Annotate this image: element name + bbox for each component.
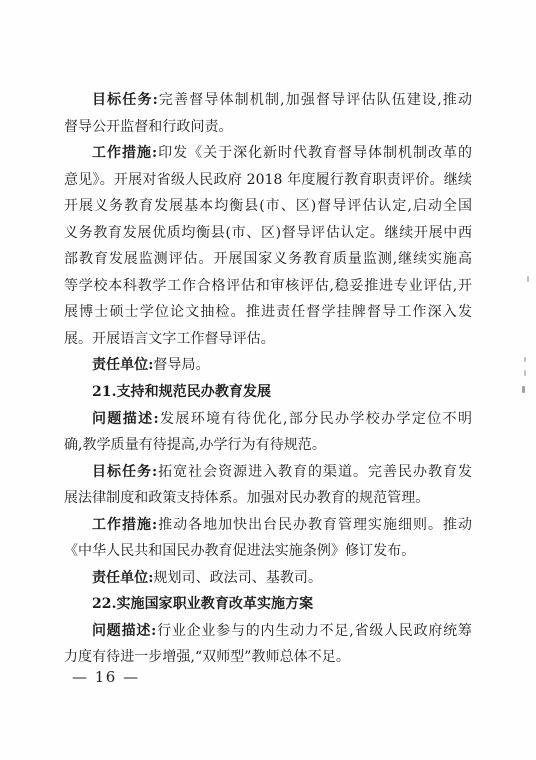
text-line: 部教育发展监测评估。开展国家义务教育质量监测,继续实施高 (64, 246, 472, 273)
label-segment: 目标任务: (92, 464, 157, 480)
page-number: — 16 — (72, 668, 140, 686)
text-line: 21.支持和规范民办教育发展 (64, 379, 472, 406)
text-line: 工作措施:印发《关于深化新时代教育督导体制机制改革的 (64, 140, 472, 167)
document-text-block: 目标任务:完善督导体制机制,加强督导评估队伍建设,推动督导公开监督和行政问责。工… (64, 87, 472, 671)
text-segment: 完善督导体制机制,加强督导评估队伍建设,推动 (158, 92, 472, 108)
text-segment: 拓宽社会资源进入教育的渠道。完善民办教育发 (157, 464, 472, 480)
label-segment: 工作措施: (92, 145, 157, 161)
text-segment: 等学校本科教学工作合格评估和审核评估,稳妥推进专业评估,开 (64, 278, 472, 294)
text-segment: 督导局。 (153, 357, 209, 373)
text-line: 等学校本科教学工作合格评估和审核评估,稳妥推进专业评估,开 (64, 273, 472, 300)
text-line: 意见》。开展对省级人民政府 2018 年度履行教育职责评价。继续 (64, 167, 472, 194)
label-segment: 工作措施: (92, 517, 157, 533)
scan-speck (527, 276, 529, 282)
scan-speck (524, 370, 526, 376)
text-segment: 印发《关于深化新时代教育督导体制机制改革的 (157, 145, 472, 161)
scan-speck (524, 357, 526, 362)
text-segment: 展法律制度和政策支持体系。加强对民办教育的规范管理。 (64, 490, 429, 506)
text-segment: 意见》。开展对省级人民政府 2018 年度履行教育职责评价。继续 (64, 172, 472, 188)
text-line: 工作措施:推动各地加快出台民办教育管理实施细则。推动 (64, 512, 472, 539)
text-line: 展法律制度和政策支持体系。加强对民办教育的规范管理。 (64, 485, 472, 512)
text-segment: 行业企业参与的内生动力不足,省级人民政府统筹 (156, 623, 472, 639)
text-segment: 力度有待进一步增强,“双师型”教师总体不足。 (64, 649, 350, 665)
label-segment: 22.实施国家职业教育改革实施方案 (92, 596, 313, 612)
text-segment: 推动各地加快出台民办教育管理实施细则。推动 (157, 517, 472, 533)
text-line: 目标任务:完善督导体制机制,加强督导评估队伍建设,推动 (64, 87, 472, 114)
label-segment: 21.支持和规范民办教育发展 (92, 384, 271, 400)
text-line: 责任单位:规划司、政法司、基教司。 (64, 565, 472, 592)
label-segment: 目标任务: (92, 92, 158, 108)
text-line: 确,教学质量有待提高,办学行为有待规范。 (64, 432, 472, 459)
text-line: 督导公开监督和行政问责。 (64, 114, 472, 141)
text-segment: 展。开展语言文字工作督导评估。 (64, 331, 275, 347)
text-segment: 《中华人民共和国民办教育促进法实施条例》修订发布。 (64, 543, 415, 559)
text-segment: 确,教学质量有待提高,办学行为有待规范。 (64, 437, 326, 453)
text-line: 问题描述:发展环境有待优化,部分民办学校办学定位不明 (64, 406, 472, 433)
text-line: 责任单位:督导局。 (64, 352, 472, 379)
text-segment: 部教育发展监测评估。开展国家义务教育质量监测,继续实施高 (64, 251, 472, 267)
text-segment: 发展环境有待优化,部分民办学校办学定位不明 (159, 411, 472, 427)
text-line: 展博士硕士学位论文抽检。推进责任督学挂牌督导工作深入发 (64, 299, 472, 326)
label-segment: 问题描述: (92, 623, 156, 639)
text-line: 展。开展语言文字工作督导评估。 (64, 326, 472, 353)
text-line: 目标任务:拓宽社会资源进入教育的渠道。完善民办教育发 (64, 459, 472, 486)
text-segment: 开展义务教育发展基本均衡县(市、区)督导评估认定,启动全国 (64, 198, 472, 214)
text-segment: 展博士硕士学位论文抽检。推进责任督学挂牌督导工作深入发 (64, 304, 472, 320)
text-segment: 规划司、政法司、基教司。 (153, 570, 322, 586)
label-segment: 问题描述: (92, 411, 159, 427)
text-line: 问题描述:行业企业参与的内生动力不足,省级人民政府统筹 (64, 618, 472, 645)
scan-speck (522, 386, 525, 393)
text-segment: 义务教育发展优质均衡县(市、区)督导评估认定。继续开展中西 (64, 225, 472, 241)
text-line: 义务教育发展优质均衡县(市、区)督导评估认定。继续开展中西 (64, 220, 472, 247)
label-segment: 责任单位: (92, 357, 153, 373)
text-line: 《中华人民共和国民办教育促进法实施条例》修订发布。 (64, 538, 472, 565)
label-segment: 责任单位: (92, 570, 153, 586)
text-line: 开展义务教育发展基本均衡县(市、区)督导评估认定,启动全国 (64, 193, 472, 220)
text-line: 22.实施国家职业教育改革实施方案 (64, 591, 472, 618)
document-page: 目标任务:完善督导体制机制,加强督导评估队伍建设,推动督导公开监督和行政问责。工… (0, 0, 536, 760)
text-segment: 督导公开监督和行政问责。 (64, 119, 233, 135)
